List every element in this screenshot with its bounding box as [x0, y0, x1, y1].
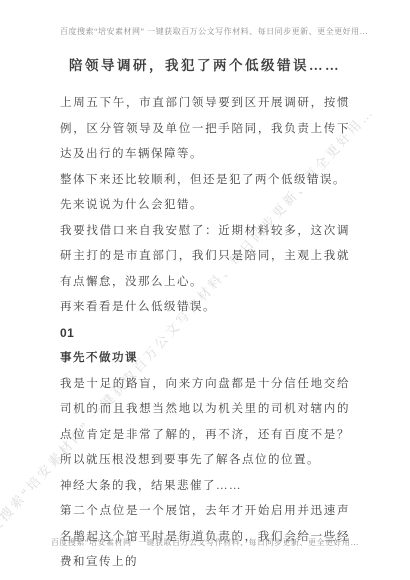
- paragraph-section-1: 我是十足的路盲，向来方向盘都是十分信任地交给司机的而且我想当然地以为机关里的司机…: [60, 372, 350, 474]
- paragraph-intro-3: 先来说说为什么会犯错。: [60, 193, 350, 219]
- article-title: 陪领导调研，我犯了两个低级错误……: [60, 54, 350, 74]
- paragraph-intro-1: 上周五下午，市直部门领导要到区开展调研，按惯例，区分管领导及单位一把手陪同，我负…: [60, 91, 350, 168]
- section-heading: 事先不做功课: [60, 346, 350, 372]
- document-page: 百度搜索“培安素材网” 一键获取百万公文写作材料、每日同步更新、更全更好用… 百…: [0, 0, 410, 580]
- paragraph-section-2: 神经大条的我，结果悲催了……: [60, 474, 350, 500]
- document-content: 百度搜索“培安素材网” 一键获取百万公文写作材料、每日同步更新、更全更好用… 陪…: [60, 26, 350, 576]
- paragraph-intro-2: 整体下来还比较顺利，但还是犯了两个低级错误。: [60, 168, 350, 194]
- section-number: 01: [60, 321, 350, 347]
- header-promo-note: 百度搜索“培安素材网” 一键获取百万公文写作材料、每日同步更新、更全更好用…: [60, 26, 350, 37]
- paragraph-intro-5: 再来看看是什么低级错误。: [60, 295, 350, 321]
- paragraph-intro-4: 我要找借口来自我安慰了：近期材料较多，这次调研主打的是市直部门，我们只是陪同，主…: [60, 219, 350, 296]
- footer-promo-note: 百度搜索“培安素材网” 一键获取百万公文写作材料、每日同步更新、更全更好用…: [0, 537, 410, 548]
